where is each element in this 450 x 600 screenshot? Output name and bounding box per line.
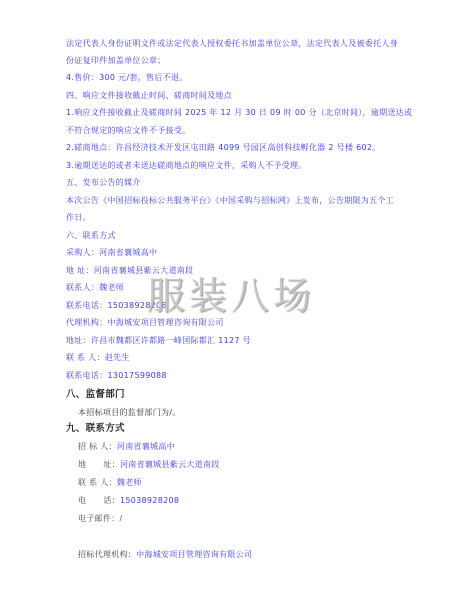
contact-row-phone: 电 话：15038928208 — [78, 496, 179, 506]
doc-line: 代理机构：中海城安项目管理咨询有限公司 — [66, 318, 224, 328]
doc-line: 4.售价：300 元/套，售后不退。 — [66, 73, 188, 83]
contact-value: 魏老师 — [117, 478, 142, 487]
contact-label: 电 话： — [78, 496, 120, 505]
contact-label: 地 址： — [78, 460, 120, 469]
watermark: 服装八场 — [147, 274, 315, 318]
contact-row-email: 电子邮件：/ — [78, 514, 123, 524]
contact-row-tenderer: 招 标 人：河南省襄城高中 — [78, 442, 175, 452]
supervision-text: 本招标项目的监督部门为/。 — [78, 408, 181, 418]
section-heading-5: 五、发布公告的媒介 — [66, 178, 141, 188]
contact-value: 河南省襄城县紫云大道南段 — [120, 460, 220, 469]
section-heading-9: 九、联系方式 — [66, 424, 125, 434]
doc-line: 作日。 — [66, 213, 91, 223]
agency-row: 招标代理机构：中海城安项目管理咨询有限公司 — [78, 550, 252, 560]
contact-value: 河南省襄城高中 — [117, 442, 175, 451]
section-heading-8: 八、监督部门 — [66, 390, 125, 400]
doc-line: 1.响应文件接收截止及磋商时间 2025 年 12 月 30 日 09 时 00… — [66, 108, 412, 118]
section-heading-6: 六、联系方式 — [66, 231, 116, 241]
contact-label: 联 系 人： — [78, 478, 117, 487]
doc-line: 3.逾期送达的或者未送达磋商地点的响应文件，采购人不予受理。 — [66, 161, 307, 171]
contact-label: 电子邮件： — [78, 514, 120, 523]
doc-line: 不符合规定的响应文件不予接受。 — [66, 126, 191, 136]
doc-line: 联 系 人：赵先生 — [66, 353, 130, 363]
contact-row-person: 联 系 人：魏老师 — [78, 478, 142, 488]
section-heading-4: 四、响应文件接收截止时间、磋商时间及地点 — [66, 91, 232, 101]
doc-line: 2.磋商地点：许昌经济技术开发区屯田路 4099 号园区高创科技孵化器 2 号楼… — [66, 143, 381, 153]
doc-line: 联系人：魏老师 — [66, 283, 124, 293]
contact-label: 招 标 人： — [78, 442, 117, 451]
agency-value: 中海城安项目管理咨询有限公司 — [136, 550, 252, 559]
contact-value: / — [120, 514, 123, 523]
doc-line: 联系电话：13017599088 — [66, 371, 167, 381]
agency-label: 招标代理机构： — [78, 550, 136, 559]
doc-line: 份证复印件加盖单位公章； — [66, 56, 166, 66]
doc-line: 地址：许昌市魏都区许都路一峰国际都汇 1127 号 — [66, 336, 251, 346]
contact-row-address: 地 址：河南省襄城县紫云大道南段 — [78, 460, 220, 470]
contact-value: 15038928208 — [120, 496, 179, 505]
doc-line: 本次公告《中国招标投标公共服务平台》《中国采购与招标网》上发布，公告期限为五个工 — [66, 196, 394, 206]
doc-line: 法定代表人身份证明文件或法定代表人授权委托书加盖单位公章，法定代表人及被委托人身 — [66, 39, 398, 49]
doc-line: 采购人：河南省襄城高中 — [66, 248, 157, 258]
document-page: 法定代表人身份证明文件或法定代表人授权委托书加盖单位公章，法定代表人及被委托人身… — [0, 0, 450, 600]
